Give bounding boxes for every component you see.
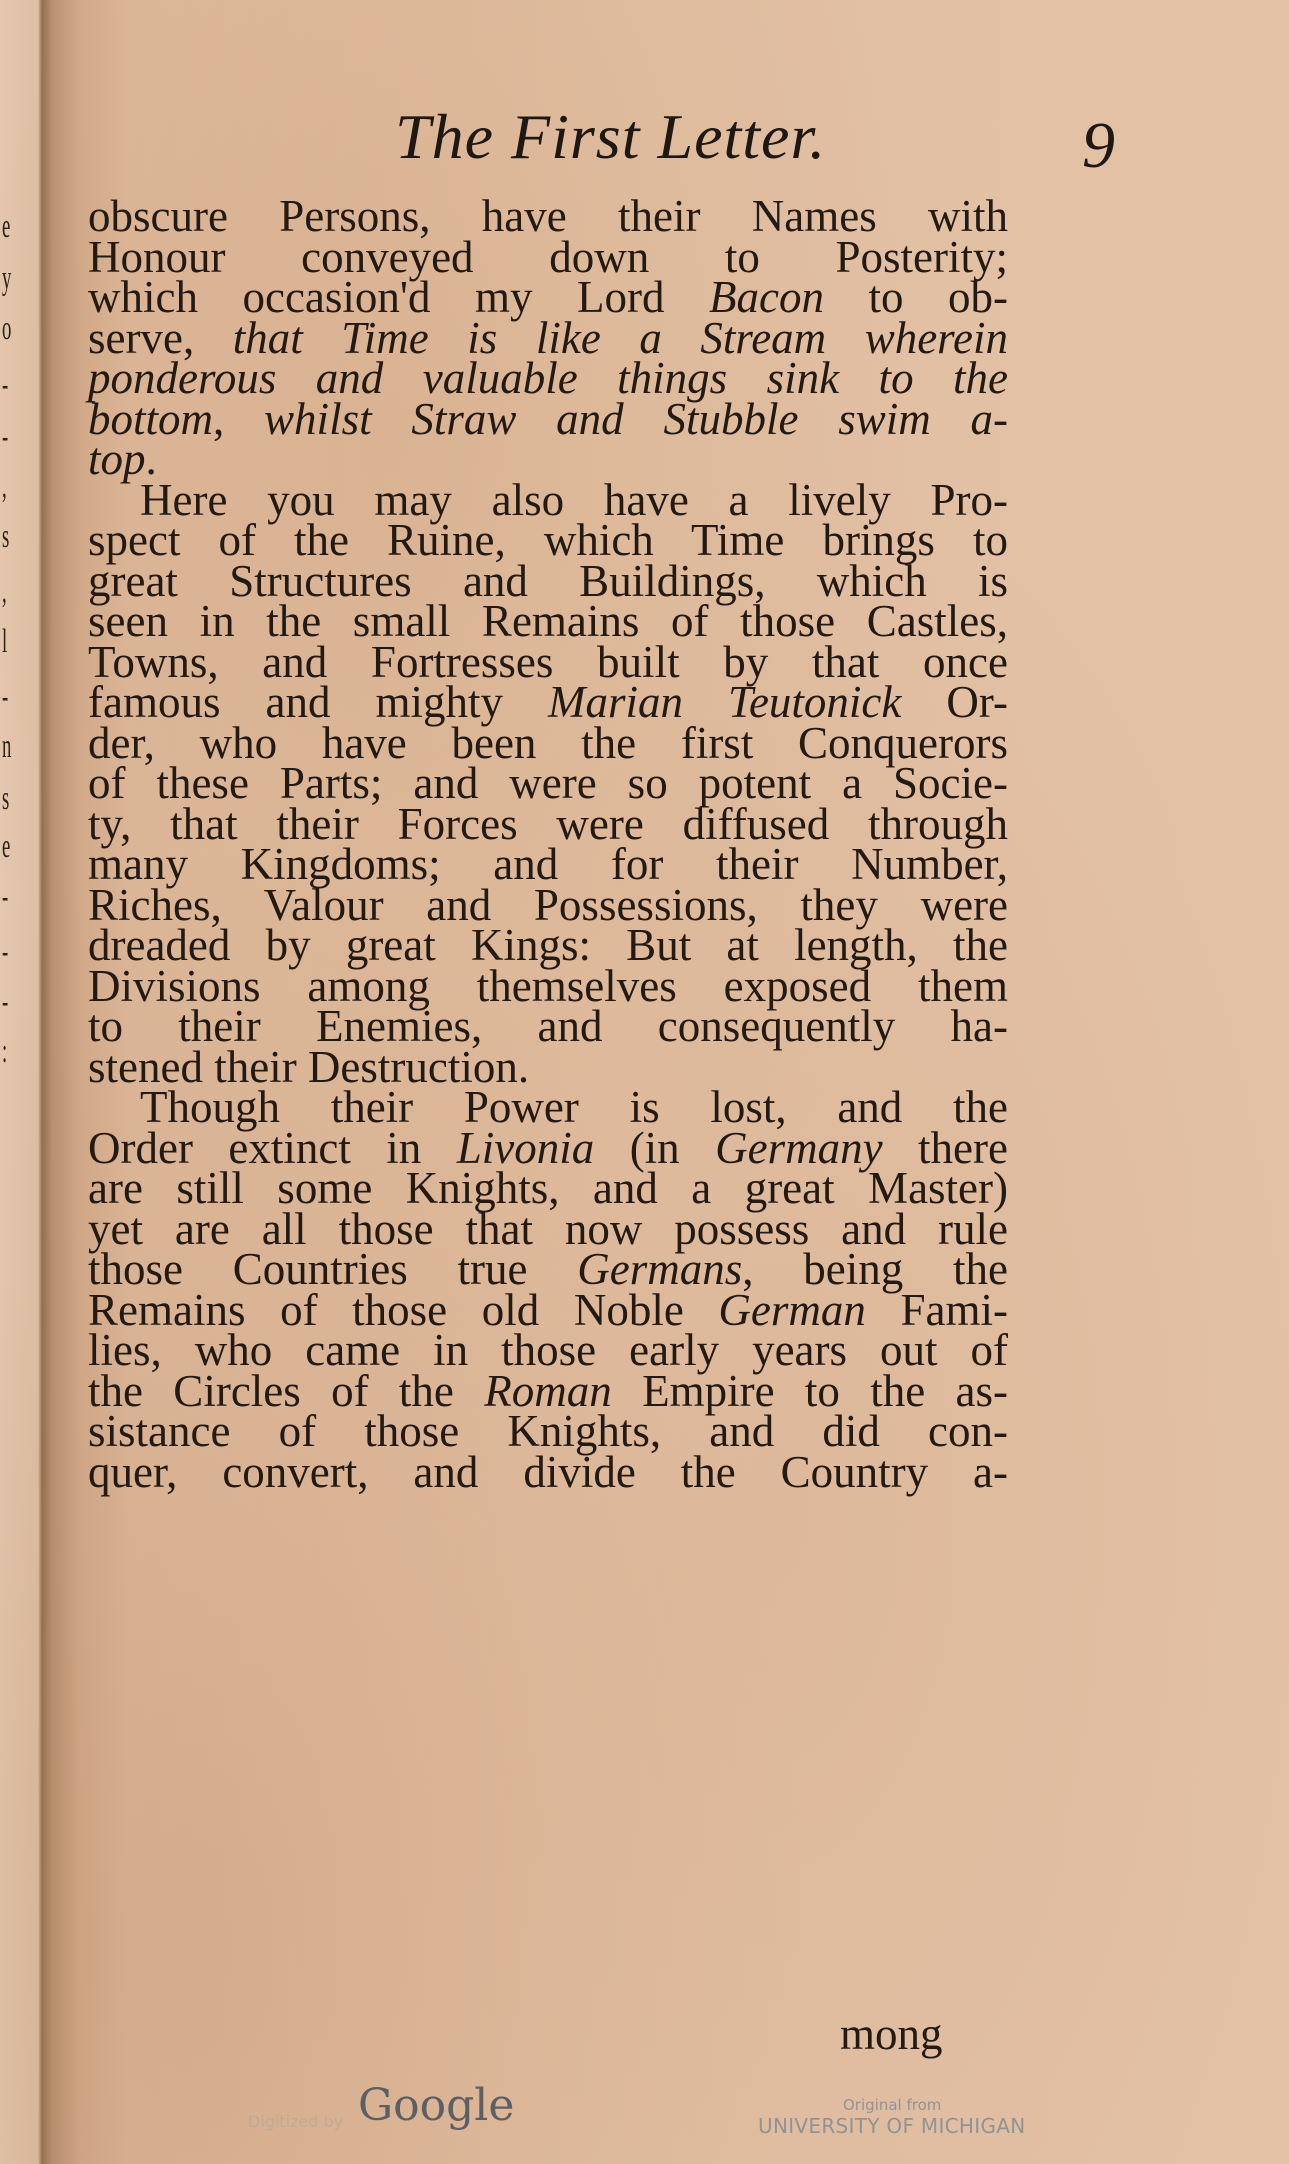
facing-page-letter: s (2, 520, 19, 554)
text-line: are still some Knights, and a great Mast… (88, 1168, 1008, 1209)
text-line: spect of the Ruine, which Time brings to (88, 520, 1008, 561)
facing-page-letter: , (2, 575, 19, 609)
facing-page-letter: l (2, 625, 19, 659)
text-line: ponderous and valuable things sink to th… (88, 358, 1008, 399)
text-line: Remains of those old Noble German Fami- (88, 1290, 1008, 1331)
italic-text: whilst Straw and Stubble swim a- (264, 394, 1008, 444)
text-line: the Circles of the Roman Empire to the a… (88, 1371, 1008, 1412)
institution-name: UNIVERSITY OF MICHIGAN (758, 2114, 1026, 2138)
text-line: Towns, and Fortresses built by that once (88, 642, 1008, 683)
text-line: quer, convert, and divide the Country a- (88, 1452, 1008, 1493)
facing-page-letter: e (2, 830, 19, 864)
google-logo: Google (358, 2080, 514, 2131)
text-line: many Kingdoms; and for their Number, (88, 844, 1008, 885)
text-line: Riches, Valour and Possessions, they wer… (88, 885, 1008, 926)
facing-page-letter: s (2, 782, 19, 816)
text-line: Order extinct in Livonia (in Germany the… (88, 1128, 1008, 1169)
text-line: bottom, whilst Straw and Stubble swim a- (88, 399, 1008, 440)
text-line: seen in the small Remains of those Castl… (88, 601, 1008, 642)
text-line: sistance of those Knights, and did con- (88, 1411, 1008, 1452)
facing-page-letter: : (2, 1035, 19, 1069)
facing-page-letter: - (2, 935, 19, 969)
text-line: ty, that their Forces were diffused thro… (88, 804, 1008, 845)
text-line: top. (88, 439, 1008, 480)
digitized-by-label: Digitized by (248, 2112, 343, 2131)
facing-page-letter: n (2, 730, 19, 764)
facing-page-letter: o (2, 312, 19, 346)
text-line: Divisions among themselves exposed them (88, 966, 1008, 1007)
page-number: 9 (1082, 108, 1115, 184)
text-line: obscure Persons, have their Names with (88, 196, 1008, 237)
text-line: great Structures and Buildings, which is (88, 561, 1008, 602)
running-head: The First Letter. (395, 100, 826, 174)
text-line: those Countries true Germans, being the (88, 1249, 1008, 1290)
facing-page-letter: - (2, 880, 19, 914)
facing-page-letter: - (2, 985, 19, 1019)
text-line: famous and mighty Marian Teutonick Or- (88, 682, 1008, 723)
text-segment: quer, convert, and divide the Country a- (88, 1447, 1008, 1497)
text-line: stened their Destruction. (88, 1047, 1008, 1088)
text-line: der, who have been the first Conquerors (88, 723, 1008, 764)
text-line: dreaded by great Kings: But at length, t… (88, 925, 1008, 966)
text-line: serve, that Time is like a Stream wherei… (88, 318, 1008, 359)
facing-page-letter: y (2, 262, 19, 296)
catchword: mong (840, 2008, 943, 2060)
text-line: Though their Power is lost, and the (88, 1087, 1008, 1128)
text-line: Honour conveyed down to Posterity; (88, 237, 1008, 278)
facing-page-letter: - (2, 420, 19, 454)
facing-page-letter: - (2, 368, 19, 402)
italic-text: top (88, 434, 146, 484)
text-segment: , (213, 394, 264, 444)
facing-page-letter: e (2, 210, 19, 244)
facing-page-letter: , (2, 470, 19, 504)
digitization-watermark: Digitized by Google Original from UNIVER… (0, 2080, 1289, 2150)
text-line: of these Parts; and were so potent a Soc… (88, 763, 1008, 804)
text-line: Here you may also have a lively Pro- (88, 480, 1008, 521)
body-text: obscure Persons, have their Names withHo… (88, 196, 1008, 1492)
facing-page-edge: eyo--,s,l-nse---: (0, 0, 40, 2164)
text-line: lies, who came in those early years out … (88, 1330, 1008, 1371)
scanned-book-page: eyo--,s,l-nse---: The First Letter. 9 ob… (0, 0, 1289, 2164)
original-from-label: Original from (843, 2096, 941, 2114)
text-line: yet are all those that now possess and r… (88, 1209, 1008, 1250)
facing-page-letter: - (2, 680, 19, 714)
text-line: to their Enemies, and consequently ha- (88, 1006, 1008, 1047)
text-line: which occasion'd my Lord Bacon to ob- (88, 277, 1008, 318)
